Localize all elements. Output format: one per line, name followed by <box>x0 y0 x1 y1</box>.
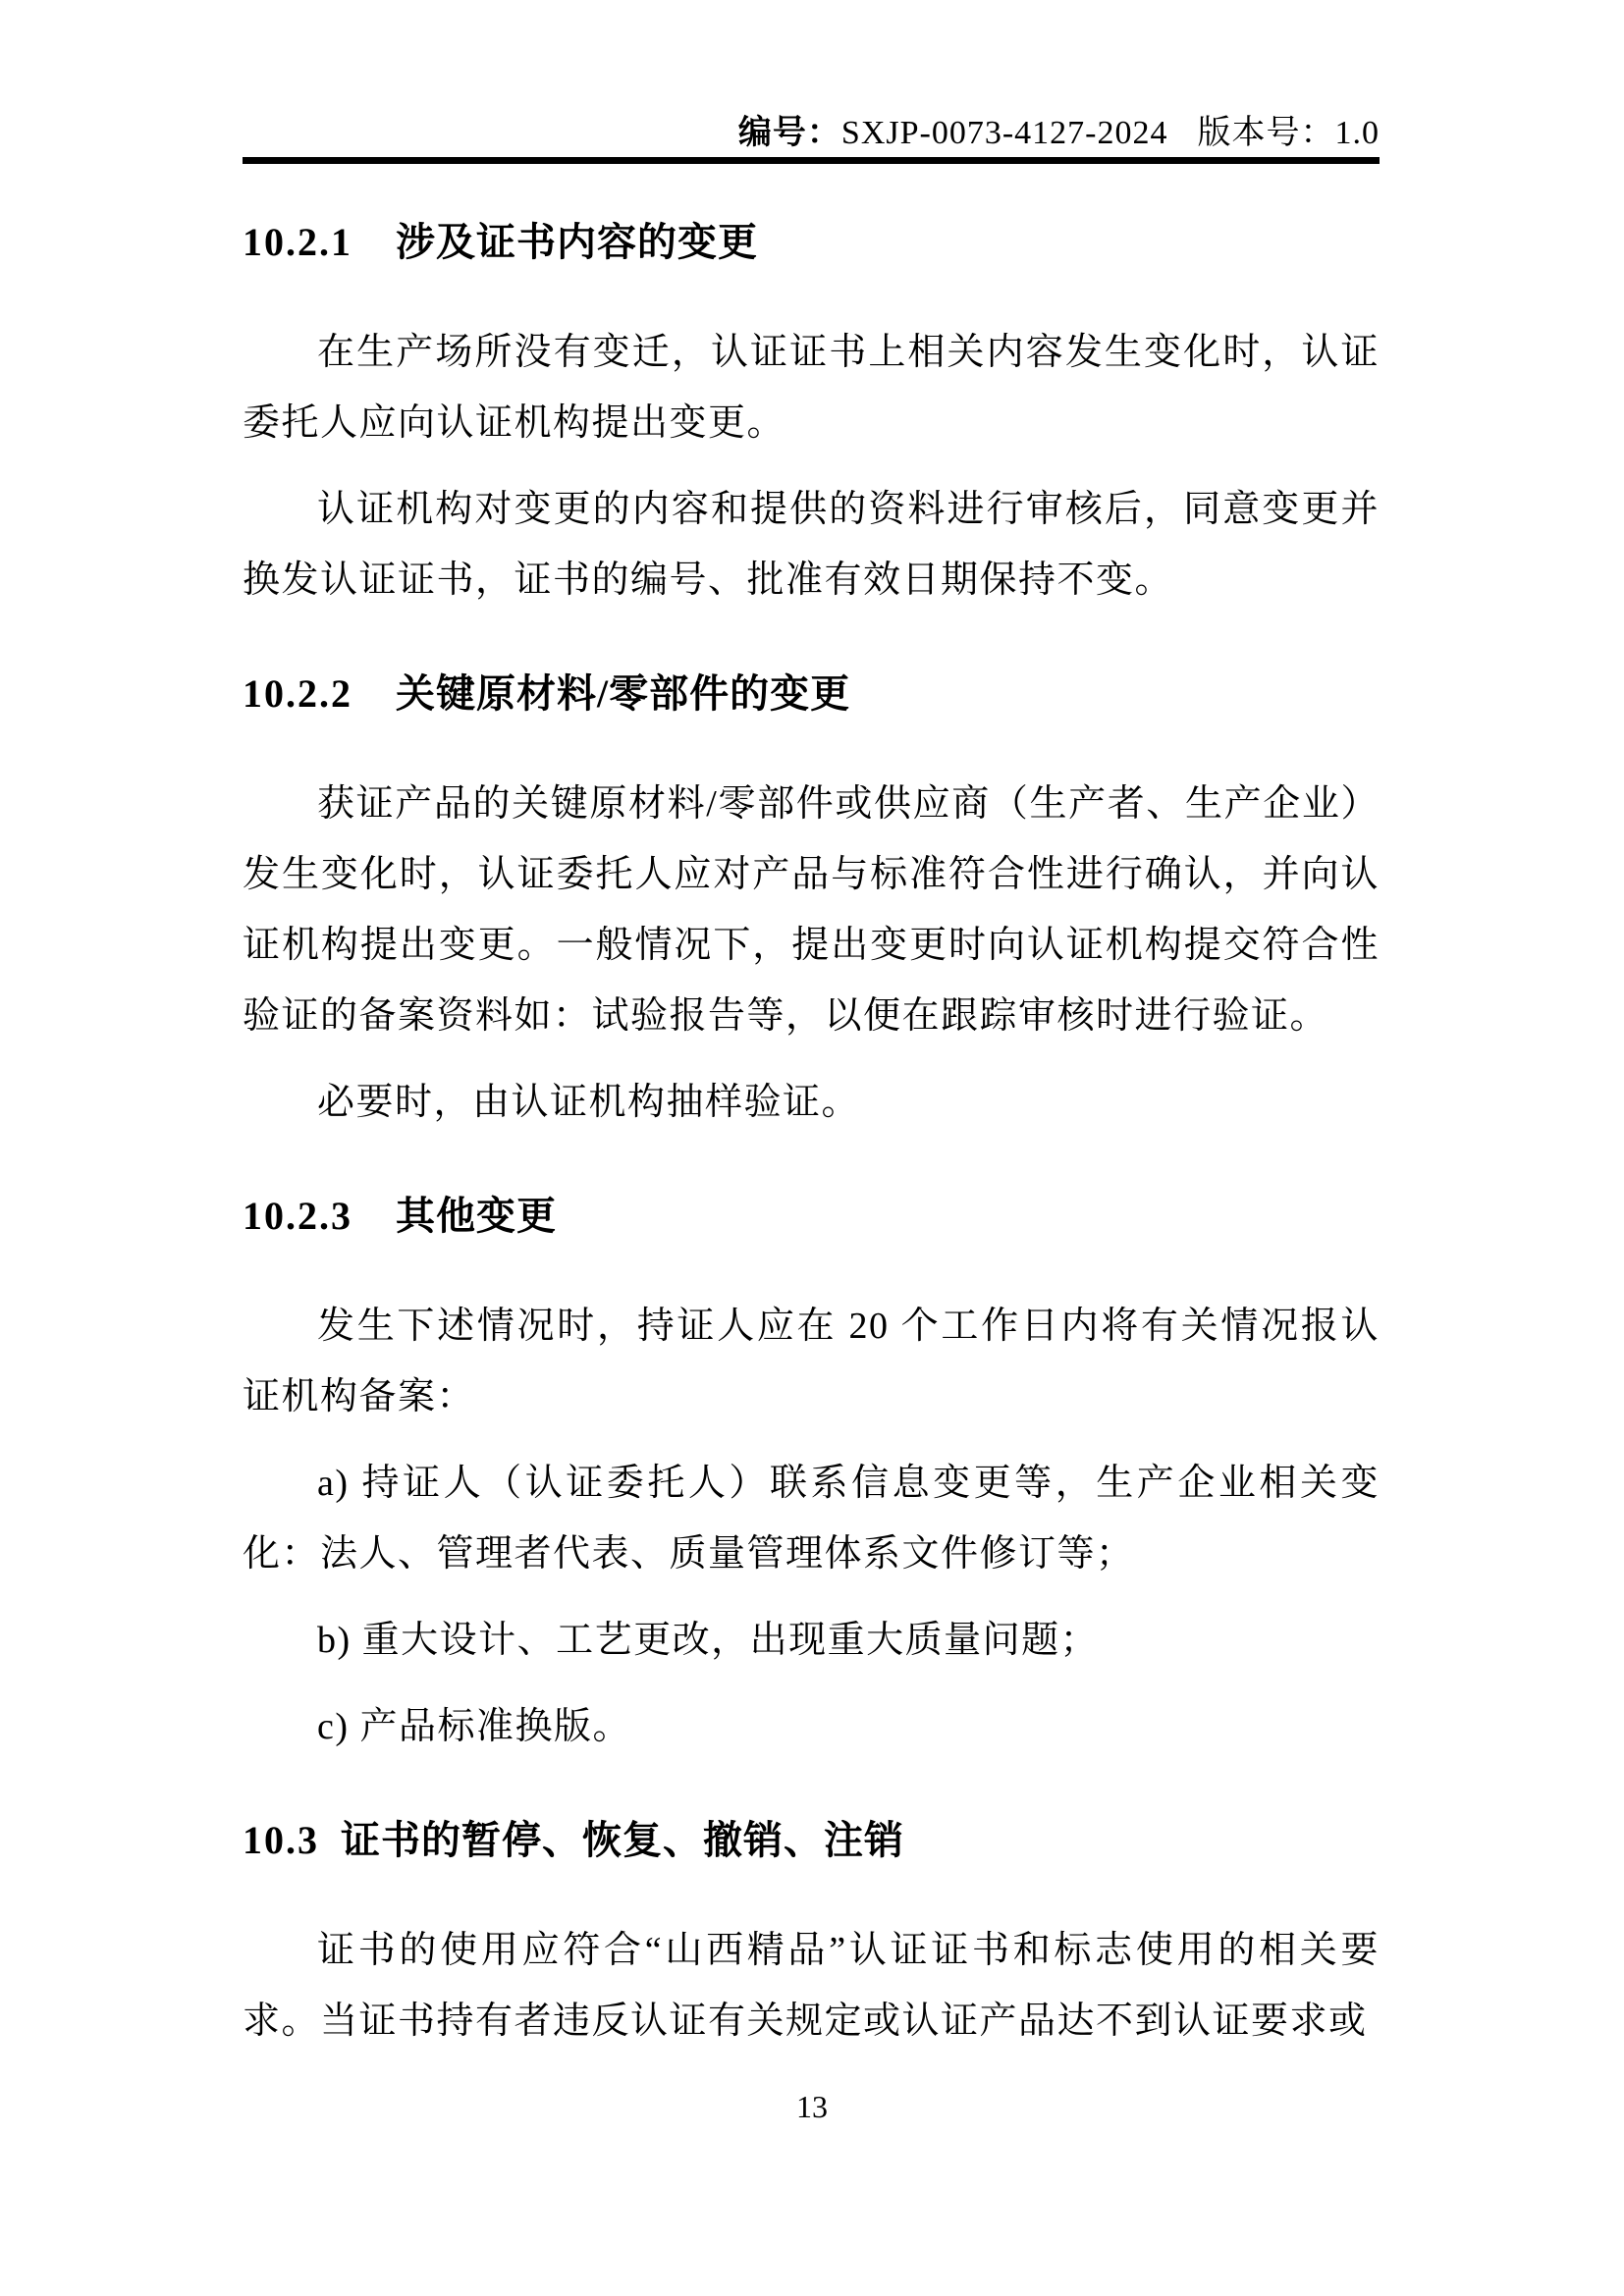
section-number: 10.2.2 <box>243 671 352 716</box>
list-item-c: c) 产品标准换版。 <box>243 1691 1380 1762</box>
list-item-b: b) 重大设计、工艺更改，出现重大质量问题； <box>243 1605 1380 1676</box>
document-header: 编号：SXJP-0073-4127-2024版本号：1.0 <box>243 0 1380 155</box>
section-10-2-1: 10.2.1涉及证书内容的变更 在生产场所没有变迁，认证证书上相关内容发生变化时… <box>243 219 1380 615</box>
version-value: 1.0 <box>1335 115 1380 151</box>
document-page: 编号：SXJP-0073-4127-2024版本号：1.0 10.2.1涉及证书… <box>0 0 1624 2296</box>
doc-number-label: 编号： <box>738 115 841 151</box>
section-heading: 10.2.1涉及证书内容的变更 <box>243 219 1380 266</box>
section-10-2-2: 10.2.2关键原材料/零部件的变更 获证产品的关键原材料/零部件或供应商（生产… <box>243 670 1380 1138</box>
list-item-a: a) 持证人（认证委托人）联系信息变更等，生产企业相关变化：法人、管理者代表、质… <box>243 1448 1380 1589</box>
doc-number-value: SXJP-0073-4127-2024 <box>841 115 1168 151</box>
section-title: 关键原材料/零部件的变更 <box>396 671 850 716</box>
paragraph: 获证产品的关键原材料/零部件或供应商（生产者、生产企业）发生变化时，认证委托人应… <box>243 769 1380 1051</box>
paragraph: 发生下述情况时，持证人应在 20 个工作日内将有关情况报认证机构备案： <box>243 1291 1380 1432</box>
section-title: 其他变更 <box>396 1194 557 1238</box>
paragraph: 在生产场所没有变迁，认证证书上相关内容发生变化时，认证委托人应向认证机构提出变更… <box>243 317 1380 458</box>
section-heading: 10.3证书的暂停、恢复、撤销、注销 <box>243 1817 1380 1864</box>
section-title: 证书的暂停、恢复、撤销、注销 <box>341 1818 904 1862</box>
page-content: 编号：SXJP-0073-4127-2024版本号：1.0 10.2.1涉及证书… <box>0 0 1624 2056</box>
section-10-2-3: 10.2.3其他变更 发生下述情况时，持证人应在 20 个工作日内将有关情况报认… <box>243 1193 1380 1762</box>
version-label: 版本号： <box>1198 115 1335 151</box>
section-number: 10.2.1 <box>243 220 352 264</box>
header-divider-rule <box>243 157 1380 164</box>
paragraph: 必要时，由认证机构抽样验证。 <box>243 1067 1380 1138</box>
paragraph: 认证机构对变更的内容和提供的资料进行审核后，同意变更并换发认证证书，证书的编号、… <box>243 474 1380 615</box>
section-number: 10.3 <box>243 1818 319 1862</box>
section-heading: 10.2.2关键原材料/零部件的变更 <box>243 670 1380 718</box>
section-heading: 10.2.3其他变更 <box>243 1193 1380 1240</box>
paragraph: 证书的使用应符合“山西精品”认证证书和标志使用的相关要求。当证书持有者违反认证有… <box>243 1915 1380 2056</box>
section-number: 10.2.3 <box>243 1194 352 1238</box>
section-title: 涉及证书内容的变更 <box>396 220 758 264</box>
section-10-3: 10.3证书的暂停、恢复、撤销、注销 证书的使用应符合“山西精品”认证证书和标志… <box>243 1817 1380 2056</box>
page-number: 13 <box>0 2087 1624 2126</box>
